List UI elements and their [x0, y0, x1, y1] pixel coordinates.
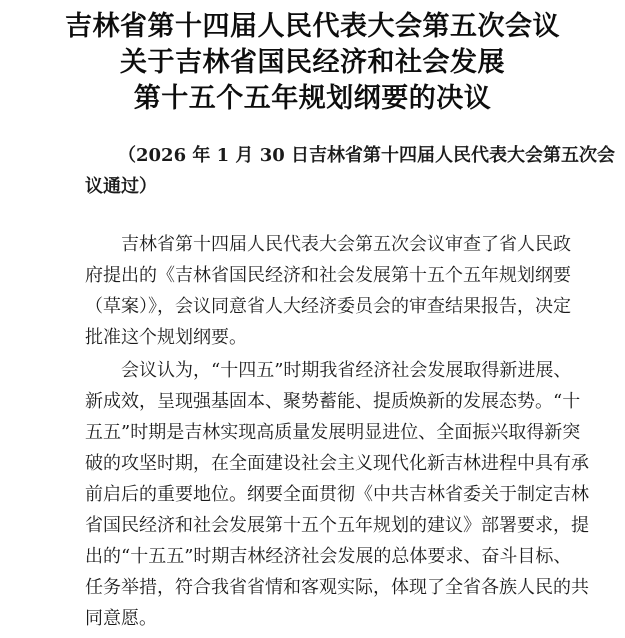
- paragraph-line: 同意愿。: [85, 607, 555, 631]
- title-line-1: 吉林省第十四届人民代表大会第五次会议: [0, 12, 625, 42]
- paragraph-line: 任务举措，符合我省省情和客观实际，体现了全省各族人民的共: [85, 576, 555, 600]
- paragraph-line: 会议认为，“十四五”时期我省经济社会发展取得新进展、: [121, 359, 555, 383]
- paragraph-line: （草案）》，会议同意省人大经济委员会的审查结果报告，决定: [85, 295, 555, 319]
- adoption-note-line-2: 议通过）: [85, 175, 555, 199]
- paragraph-line: 省国民经济和社会发展第十五个五年规划的建议》部署要求，提: [85, 514, 555, 538]
- paragraph-line: 新成效，呈现强基固本、聚势蓄能、提质焕新的发展态势。“十: [85, 390, 555, 414]
- paragraph-line: 前启后的重要地位。纲要全面贯彻《中共吉林省委关于制定吉林: [85, 483, 555, 507]
- paragraph-line: 府提出的《吉林省国民经济和社会发展第十五个五年规划纲要: [85, 264, 555, 288]
- title-line-3: 第十五个五年规划纲要的决议: [0, 84, 625, 114]
- paragraph-line: 破的攻坚时期，在全面建设社会主义现代化新吉林进程中具有承: [85, 452, 555, 476]
- paragraph-line: 吉林省第十四届人民代表大会第五次会议审查了省人民政: [121, 233, 555, 257]
- paragraph-line: 批准这个规划纲要。: [85, 326, 555, 350]
- paragraph-line: 出的“十五五”时期吉林经济社会发展的总体要求、奋斗目标、: [85, 545, 555, 569]
- paragraph-line: 五五”时期是吉林实现高质量发展明显进位、全面振兴取得新突: [85, 421, 555, 445]
- title-line-2: 关于吉林省国民经济和社会发展: [0, 48, 625, 78]
- adoption-note-line-1: （2026 年 1 月 30 日吉林省第十四届人民代表大会第五次会: [118, 144, 558, 168]
